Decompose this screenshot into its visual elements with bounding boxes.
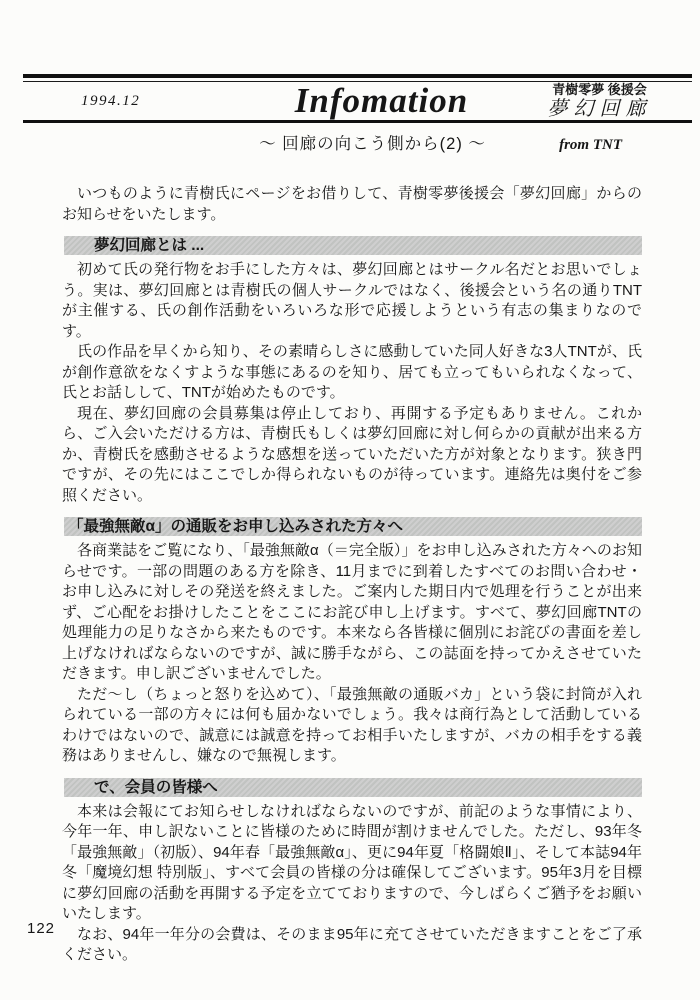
about-paragraph-2: 氏の作品を早くから知り、その素晴らしさに感動していた同人好きな3人TNTが、氏が… xyxy=(62,342,642,404)
section-heading-about: 夢幻回廊とは ... xyxy=(64,236,642,255)
members-paragraph-2: なお、94年一年分の会費は、そのまま95年に充てさせていただきますことをご了承く… xyxy=(62,925,642,966)
section-heading-mailorder: 「最強無敵α」の通販をお申し込みされた方々へ xyxy=(64,517,642,536)
issue-date: 1994.12 xyxy=(23,82,256,110)
masthead: 1994.12 Infomation 青樹零夢 後援会 夢幻回廊 ～ 回廊の向こ… xyxy=(23,74,692,154)
about-paragraph-3: 現在、夢幻回廊の会員募集は停止しており、再開する予定もありません。これから、ご入… xyxy=(62,404,642,507)
page-number: 122 xyxy=(27,920,55,937)
members-paragraph-1: 本来は会報にてお知らせしなければならないのですが、前記のような事情により、今年一… xyxy=(62,802,642,925)
top-rule-thick xyxy=(23,74,692,78)
document-page: 1994.12 Infomation 青樹零夢 後援会 夢幻回廊 ～ 回廊の向こ… xyxy=(0,0,700,1000)
subtitle-row: ～ 回廊の向こう側から(2) ～ from TNT xyxy=(23,130,692,154)
masthead-row: 1994.12 Infomation 青樹零夢 後援会 夢幻回廊 xyxy=(23,82,692,120)
intro-paragraph: いつものように青樹氏にページをお借りして、青樹零夢後援会「夢幻回廊」からのお知ら… xyxy=(62,184,642,225)
page-title: Infomation xyxy=(256,82,507,120)
club-script-name: 夢幻回廊 xyxy=(507,98,692,121)
section-heading-members: で、会員の皆様へ xyxy=(64,778,642,797)
mailorder-paragraph-2: ただ～し（ちょっと怒りを込めて）、「最強無敵の通販バカ」という袋に封筒が入れられ… xyxy=(62,685,642,767)
about-paragraph-1: 初めて氏の発行物をお手にした方々は、夢幻回廊とはサークル名だとお思いでしょう。実… xyxy=(62,260,642,342)
club-name: 青樹零夢 後援会 xyxy=(507,83,692,98)
mailorder-paragraph-1: 各商業誌をご覧になり、「最強無敵α（＝完全版）」をお申し込みされた方々へのお知ら… xyxy=(62,541,642,685)
from-credit: from TNT xyxy=(559,137,622,154)
club-block: 青樹零夢 後援会 夢幻回廊 xyxy=(507,82,692,121)
body-column: いつものように青樹氏にページをお借りして、青樹零夢後援会「夢幻回廊」からのお知ら… xyxy=(62,184,642,966)
